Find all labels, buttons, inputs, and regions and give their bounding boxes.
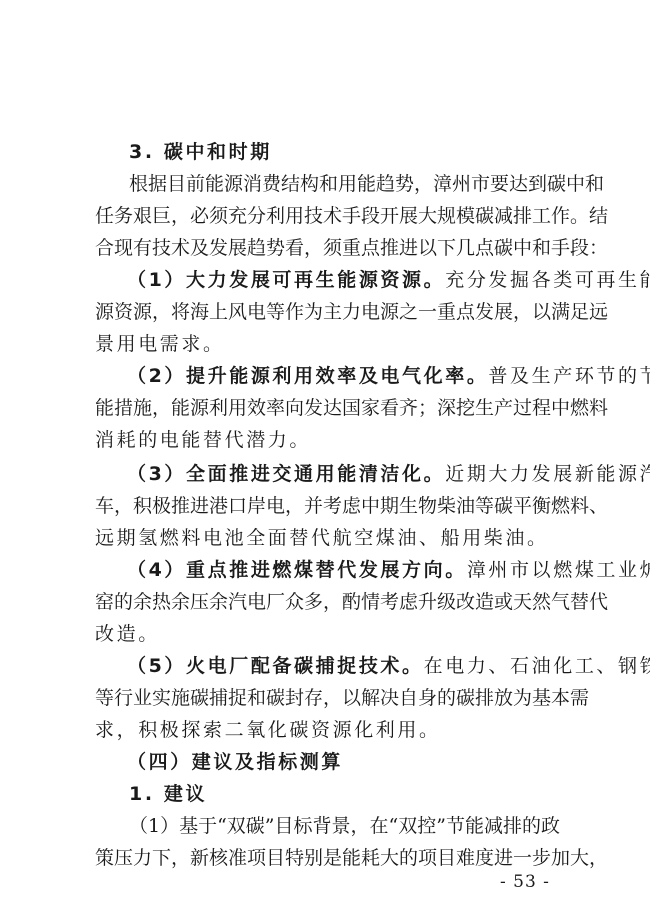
item-2-line-2: 能措施，能源利用效率向发达国家看齐；深挖生产过程中燃料	[95, 392, 557, 424]
intro-line-1: 根据目前能源消费结构和用能趋势，漳州市要达到碳中和	[95, 168, 557, 200]
item-2-line-3: 消耗的电能替代潜力。	[95, 424, 557, 456]
item-3-line-2: 车，积极推进港口岸电，并考虑中期生物柴油等碳平衡燃料、	[95, 490, 557, 522]
item-1-line-3: 景用电需求。	[95, 328, 557, 360]
item-5-line-3: 求，积极探索二氧化碳资源化利用。	[95, 714, 557, 746]
intro-line-2: 任务艰巨，必须充分利用技术手段开展大规模碳减排工作。结	[95, 200, 557, 232]
section-4-title: （四）建议及指标测算	[93, 746, 555, 778]
suggest-line-1: （1）基于“双碳”目标背景，在“双控”节能减排的政	[95, 810, 557, 842]
item-1-heading: （1）大力发展可再生能源资源。	[127, 269, 445, 291]
item-4-line-3: 改造。	[95, 618, 557, 650]
section-3-title: 3. 碳中和时期	[95, 136, 557, 168]
item-5-text: 在电力、石油化工、钢铁	[424, 655, 650, 677]
item-1-text: 充分发掘各类可再生能	[445, 269, 650, 291]
item-1-line-2: 源资源，将海上风电等作为主力电源之一重点发展，以满足远	[95, 296, 557, 328]
item-2-first-line: （2）提升能源利用效率及电气化率。普及生产环节的节	[93, 360, 555, 392]
intro-line-3: 合现有技术及发展趋势看，须重点推进以下几点碳中和手段：	[95, 232, 557, 264]
item-4-text: 漳州市以燃煤工业炉	[467, 559, 650, 581]
item-2-heading: （2）提升能源利用效率及电气化率。	[127, 365, 488, 387]
item-3-text: 近期大力发展新能源汽	[445, 463, 650, 485]
item-4-line-2: 窑的余热余压余汽电厂众多，酌情考虑升级改造或天然气替代	[95, 586, 557, 618]
item-3-line-3: 远期氢燃料电池全面替代航空煤油、船用柴油。	[95, 522, 557, 554]
item-5-line-2: 等行业实施碳捕捉和碳封存，以解决自身的碳排放为基本需	[95, 682, 557, 714]
item-4-first-line: （4）重点推进燃煤替代发展方向。漳州市以燃煤工业炉	[93, 554, 555, 586]
suggest-line-2: 策压力下，新核准项目特别是能耗大的项目难度进一步加大，	[95, 842, 557, 874]
item-5-heading: （5）火电厂配备碳捕捉技术。	[127, 655, 424, 677]
item-1-first-line: （1）大力发展可再生能源资源。充分发掘各类可再生能	[93, 264, 555, 296]
item-2-text: 普及生产环节的节	[488, 365, 650, 387]
page-number: - 53 -	[500, 872, 550, 892]
item-5-first-line: （5）火电厂配备碳捕捉技术。在电力、石油化工、钢铁	[93, 650, 555, 682]
item-3-first-line: （3）全面推进交通用能清洁化。近期大力发展新能源汽	[93, 458, 555, 490]
subsection-1-title: 1. 建议	[95, 778, 557, 810]
item-3-heading: （3）全面推进交通用能清洁化。	[127, 463, 445, 485]
item-4-heading: （4）重点推进燃煤替代发展方向。	[127, 559, 467, 581]
